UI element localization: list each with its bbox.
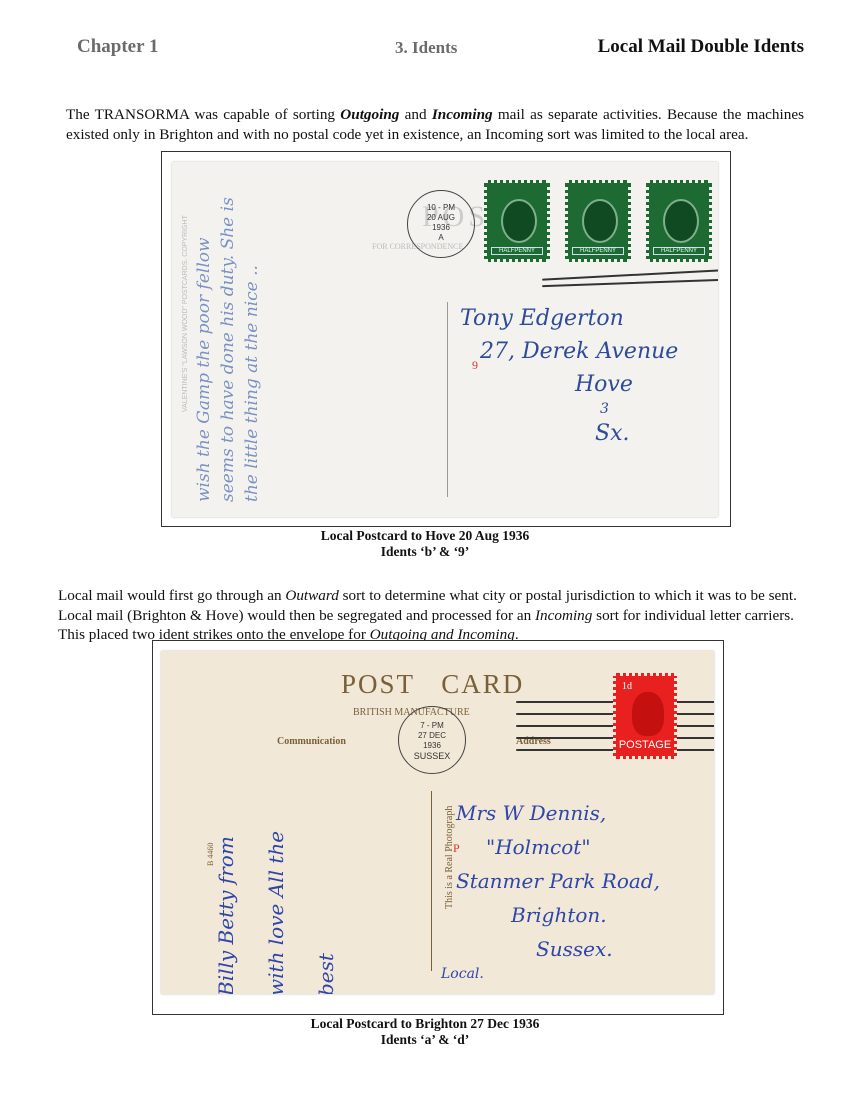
- printed-communication: Communication: [277, 736, 346, 747]
- postmark-hove: 10 - PM 20 AUG 1936 A: [407, 190, 475, 258]
- printed-title: POST CARD: [341, 669, 524, 700]
- local-note: Local.: [441, 966, 484, 982]
- king-head-icon: [501, 199, 537, 243]
- stamp-halfpenny-1: HALFPENNY: [484, 180, 550, 262]
- stamp-one-penny: 1d POSTAGE: [613, 673, 677, 759]
- figure-2-frame: POST CARD BRITISH MANUFACTURE Communicat…: [152, 640, 724, 1015]
- emphasis: Outgoing: [340, 106, 399, 123]
- handwritten-message: Billy Betty from with love All the best: [201, 811, 421, 994]
- divider-line: [431, 791, 432, 971]
- printed-vertical: This is a Real Photograph: [444, 806, 455, 909]
- section-label: 3. Idents: [395, 38, 457, 58]
- figure-1-caption: Local Postcard to Hove 20 Aug 1936 Ident…: [0, 528, 850, 560]
- printed-side-text: VALENTINE'S "LAWSON WOOD" POSTCARDS. COP…: [182, 215, 189, 412]
- postcard-hove: POST FOR CORRESPONDENCE VALENTINE'S "LAW…: [172, 162, 718, 517]
- page-title: Local Mail Double Idents: [598, 36, 804, 58]
- stamp-halfpenny-2: HALFPENNY: [565, 180, 631, 262]
- intro-paragraph: The TRANSORMA was capable of sorting Out…: [66, 105, 804, 144]
- king-head-icon: [663, 199, 699, 243]
- emphasis: Incoming: [432, 106, 493, 123]
- divider-line: [447, 302, 448, 497]
- middle-paragraph: Local mail would first go through an Out…: [58, 586, 816, 645]
- address-block: Mrs W Dennis, "Holmcot" Stanmer Park Roa…: [456, 796, 660, 966]
- text-run: Local mail would first go through an: [58, 587, 285, 604]
- chapter-label: Chapter 1: [77, 36, 158, 58]
- emphasis: Outward: [285, 587, 338, 604]
- cancel-line: [542, 279, 718, 287]
- stamp-halfpenny-3: HALFPENNY: [646, 180, 712, 262]
- postcard-brighton: POST CARD BRITISH MANUFACTURE Communicat…: [161, 651, 714, 994]
- king-head-icon: [582, 199, 618, 243]
- emphasis: Incoming: [535, 607, 592, 624]
- text-run: and: [399, 106, 431, 123]
- text-run: The TRANSORMA was capable of sorting: [66, 106, 340, 123]
- king-head-icon: [632, 692, 664, 736]
- address-block: Tony Edgerton 27, Derek Avenue Hove 3 Sx…: [460, 302, 678, 450]
- handwritten-message: wish the Gamp the poor fellow seems to h…: [192, 182, 432, 502]
- figure-1-frame: POST FOR CORRESPONDENCE VALENTINE'S "LAW…: [161, 151, 731, 527]
- postmark-brighton: 7 - PM 27 DEC 1936 SUSSEX: [398, 706, 466, 774]
- figure-2-caption: Local Postcard to Brighton 27 Dec 1936 I…: [0, 1016, 850, 1048]
